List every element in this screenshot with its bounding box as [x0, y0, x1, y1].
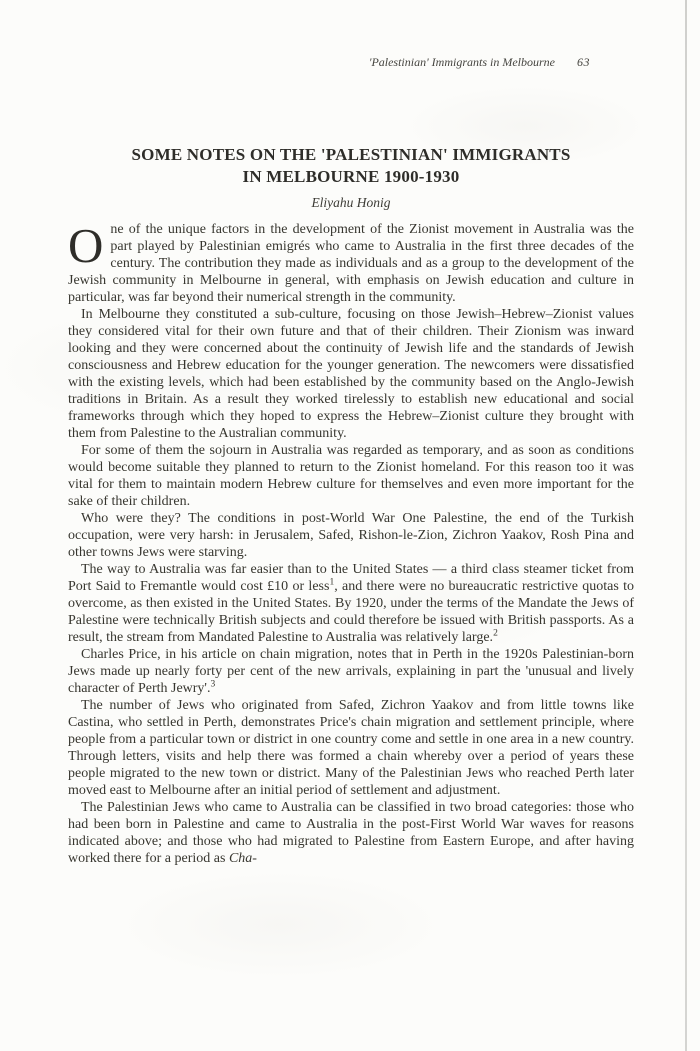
text-run: ne of the unique factors in the developm…: [68, 222, 634, 305]
paragraph: The way to Australia was far easier than…: [68, 561, 634, 646]
article-title-line1: SOME NOTES ON THE 'PALESTINIAN' IMMIGRAN…: [132, 145, 571, 164]
paragraph: One of the unique factors in the develop…: [68, 221, 634, 306]
text-run: The number of Jews who originated from S…: [68, 698, 634, 798]
running-header-title: 'Palestinian' Immigrants in Melbourne: [369, 55, 555, 69]
page-edge-line: [685, 0, 687, 1051]
paragraph: Charles Price, in his article on chain m…: [68, 646, 634, 697]
paragraph: In Melbourne they constituted a sub-cult…: [68, 306, 634, 442]
italic-text: Cha-: [229, 851, 257, 866]
text-run: For some of them the sojourn in Australi…: [68, 443, 634, 509]
paragraph: Who were they? The conditions in post-Wo…: [68, 510, 634, 561]
text-run: Who were they? The conditions in post-Wo…: [68, 511, 634, 560]
footnote-marker: 2: [493, 628, 498, 638]
paragraph: The Palestinian Jews who came to Austral…: [68, 799, 634, 867]
running-header: 'Palestinian' Immigrants in Melbourne63: [68, 55, 590, 70]
paragraph: The number of Jews who originated from S…: [68, 697, 634, 799]
text-run: The Palestinian Jews who came to Austral…: [68, 800, 634, 866]
footnote-marker: 3: [210, 679, 215, 689]
page-number: 63: [577, 55, 590, 69]
paragraph: For some of them the sojourn in Australi…: [68, 442, 634, 510]
drop-cap-letter: O: [68, 221, 110, 268]
article-title-line2: IN MELBOURNE 1900-1930: [243, 167, 460, 186]
text-run: Charles Price, in his article on chain m…: [68, 647, 634, 696]
article-title: SOME NOTES ON THE 'PALESTINIAN' IMMIGRAN…: [68, 144, 634, 188]
author-byline: Eliyahu Honig: [68, 195, 634, 211]
scanned-page: 'Palestinian' Immigrants in Melbourne63 …: [0, 0, 700, 1051]
article-body: One of the unique factors in the develop…: [68, 221, 634, 867]
text-run: In Melbourne they constituted a sub-cult…: [68, 307, 634, 441]
